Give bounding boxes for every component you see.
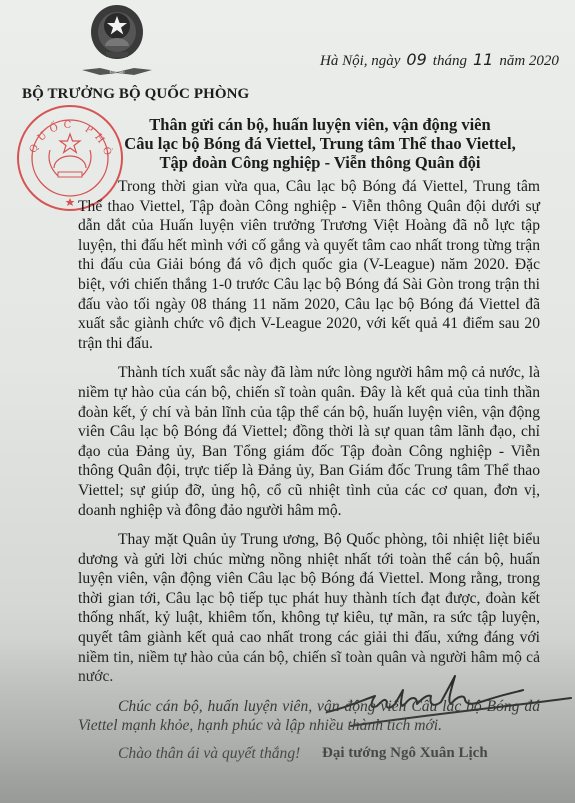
signer-name: Đại tướng Ngô Xuân Lịch (322, 745, 488, 762)
national-emblem-icon: Độc lập (72, 2, 162, 80)
date-month: 11 (473, 50, 493, 69)
body-paragraph: Thay mặt Quân ủy Trung ương, Bộ Quốc phò… (78, 530, 540, 687)
date-line: Hà Nội, ngày09tháng11năm 2020 (320, 50, 559, 70)
svg-text:Độc lập: Độc lập (109, 69, 125, 74)
date-prefix: Hà Nội, ngày (320, 53, 400, 69)
body-paragraph: Thành tích xuất sắc này đã làm nức lòng … (78, 363, 540, 520)
addressee-line: Tập đoàn Công nghiệp - Viễn thông Quân đ… (100, 153, 540, 172)
date-year: năm 2020 (499, 53, 559, 69)
signature-icon (325, 670, 575, 740)
date-day: 09 (406, 50, 426, 69)
body-paragraph: Trong thời gian vừa qua, Câu lạc bộ Bóng… (78, 177, 540, 353)
addressee-line: Câu lạc bộ Bóng đá Viettel, Trung tâm Th… (100, 134, 540, 153)
sender-title: BỘ TRƯỞNG BỘ QUỐC PHÒNG (22, 86, 249, 103)
addressee-block: Thân gửi cán bộ, huấn luyện viên, vận độ… (100, 115, 540, 172)
date-month-label: tháng (433, 53, 467, 69)
addressee-line: Thân gửi cán bộ, huấn luyện viên, vận độ… (100, 115, 540, 134)
